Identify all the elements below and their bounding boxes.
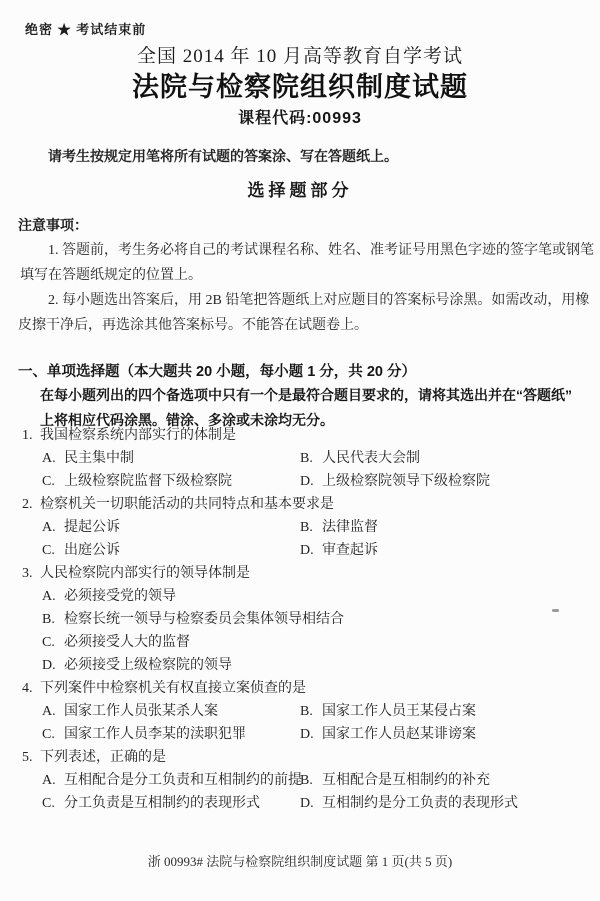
- question-5-stem: 5.下列表述，正确的是: [22, 746, 590, 769]
- question-number: 2.: [22, 493, 40, 516]
- question-5-options: A.互相配合是分工负责和互相制约的前提 B.互相配合是互相制约的补充 C.分工负…: [42, 769, 590, 815]
- question-4-options: A.国家工作人员张某杀人案 B.国家工作人员王某侵占案 C.国家工作人员李某的渎…: [42, 700, 590, 746]
- answer-sheet-notice: 请考生按规定用笔将所有试题的答案涂、写在答题纸上。: [48, 146, 398, 166]
- option-d: D.审查起诉: [300, 539, 590, 562]
- option-d: D.互相制约是分工负责的表现形式: [300, 792, 590, 815]
- question-5: 5.下列表述，正确的是 A.互相配合是分工负责和互相制约的前提 B.互相配合是互…: [22, 746, 590, 815]
- option-text: 必须接受人大的监督: [64, 635, 190, 650]
- option-text: 互相配合是互相制约的补充: [322, 773, 490, 788]
- option-text: 审查起诉: [322, 543, 378, 558]
- question-3-stem: 3.人民检察院内部实行的领导体制是: [22, 562, 590, 585]
- option-label: B.: [300, 700, 322, 723]
- option-b: B.法律监督: [300, 516, 590, 539]
- option-text: 法律监督: [322, 520, 378, 535]
- exam-paper-page: 绝密 ★ 考试结束前 全国 2014 年 10 月高等教育自学考试 法院与检察院…: [0, 0, 600, 901]
- option-label: C.: [42, 631, 64, 654]
- option-text: 分工负责是互相制约的表现形式: [64, 796, 260, 811]
- question-stem-text: 检察机关一切职能活动的共同特点和基本要求是: [40, 497, 334, 512]
- option-text: 必须接受上级检察院的领导: [64, 658, 232, 673]
- note-1-line-1: 1. 答题前，考生务必将自己的考试课程名称、姓名、准考证号用黑色字迹的签字笔或钢…: [48, 239, 594, 259]
- question-1-stem: 1.我国检察系统内部实行的体制是: [22, 424, 590, 447]
- question-3-options: A.必须接受党的领导 B.检察长统一领导与检察委员会集体领导相结合 C.必须接受…: [42, 585, 590, 677]
- question-1-options: A.民主集中制 B.人民代表大会制 C.上级检察院监督下级检察院 D.上级检察院…: [42, 447, 590, 493]
- question-number: 3.: [22, 562, 40, 585]
- option-text: 互相配合是分工负责和互相制约的前提: [64, 773, 302, 788]
- option-c: C.分工负责是互相制约的表现形式: [42, 792, 300, 815]
- option-text: 必须接受党的领导: [64, 589, 176, 604]
- option-label: D.: [42, 654, 64, 677]
- question-list: 1.我国检察系统内部实行的体制是 A.民主集中制 B.人民代表大会制 C.上级检…: [22, 424, 590, 815]
- option-c: C.必须接受人大的监督: [42, 631, 590, 654]
- question-stem-text: 我国检察系统内部实行的体制是: [40, 428, 236, 443]
- option-label: D.: [300, 470, 322, 493]
- option-d: D.国家工作人员赵某诽谤案: [300, 723, 590, 746]
- question-number: 4.: [22, 677, 40, 700]
- question-1: 1.我国检察系统内部实行的体制是 A.民主集中制 B.人民代表大会制 C.上级检…: [22, 424, 590, 493]
- option-text: 民主集中制: [64, 451, 134, 466]
- scan-speck-artifact: [552, 609, 559, 612]
- option-label: C.: [42, 723, 64, 746]
- option-d: D.必须接受上级检察院的领导: [42, 654, 590, 677]
- option-text: 检察长统一领导与检察委员会集体领导相结合: [64, 612, 344, 627]
- question-3: 3.人民检察院内部实行的领导体制是 A.必须接受党的领导 B.检察长统一领导与检…: [22, 562, 590, 677]
- question-stem-text: 下列表述，正确的是: [40, 750, 166, 765]
- option-label: D.: [300, 539, 322, 562]
- option-label: C.: [42, 539, 64, 562]
- option-c: C.出庭公诉: [42, 539, 300, 562]
- option-b: B.国家工作人员王某侵占案: [300, 700, 590, 723]
- option-label: A.: [42, 447, 64, 470]
- option-label: B.: [300, 769, 322, 792]
- option-label: A.: [42, 585, 64, 608]
- option-text: 国家工作人员王某侵占案: [322, 704, 476, 719]
- question-stem-text: 人民检察院内部实行的领导体制是: [40, 566, 250, 581]
- option-c: C.上级检察院监督下级检察院: [42, 470, 300, 493]
- option-d: D.上级检察院领导下级检察院: [300, 470, 590, 493]
- note-2-line-1: 2. 每小题选出答案后，用 2B 铅笔把答题纸上对应题目的答案标号涂黑。如需改动…: [48, 289, 589, 309]
- note-2-line-2: 皮擦干净后，再选涂其他答案标号。不能答在试题卷上。: [18, 314, 368, 334]
- exam-session-title: 全国 2014 年 10 月高等教育自学考试: [0, 41, 600, 68]
- option-a: A.必须接受党的领导: [42, 585, 590, 608]
- option-text: 国家工作人员赵某诽谤案: [322, 727, 476, 742]
- option-a: A.国家工作人员张某杀人案: [42, 700, 300, 723]
- option-a: A.民主集中制: [42, 447, 300, 470]
- option-text: 国家工作人员张某杀人案: [64, 704, 218, 719]
- option-text: 互相制约是分工负责的表现形式: [322, 796, 518, 811]
- question-2-options: A.提起公诉 B.法律监督 C.出庭公诉 D.审查起诉: [42, 516, 590, 562]
- option-b: B.人民代表大会制: [300, 447, 590, 470]
- option-text: 国家工作人员李某的渎职犯罪: [64, 727, 246, 742]
- question-2: 2.检察机关一切职能活动的共同特点和基本要求是 A.提起公诉 B.法律监督 C.…: [22, 493, 590, 562]
- option-label: D.: [300, 792, 322, 815]
- paper-title: 法院与检察院组织制度试题: [0, 65, 600, 104]
- option-b: B.互相配合是互相制约的补充: [300, 769, 590, 792]
- part-one-heading: 一、单项选择题（本大题共 20 小题，每小题 1 分，共 20 分）: [18, 360, 416, 381]
- question-4-stem: 4.下列案件中检察机关有权直接立案侦查的是: [22, 677, 590, 700]
- option-label: A.: [42, 769, 64, 792]
- part-one-instruction-line-1: 在每小题列出的四个备选项中只有一个是最符合题目要求的，请将其选出并在“答题纸”: [40, 385, 572, 405]
- section-title: 选择题部分: [0, 176, 600, 201]
- option-c: C.国家工作人员李某的渎职犯罪: [42, 723, 300, 746]
- option-text: 提起公诉: [64, 520, 120, 535]
- option-label: D.: [300, 723, 322, 746]
- course-code: 课程代码:00993: [0, 105, 600, 128]
- question-stem-text: 下列案件中检察机关有权直接立案侦查的是: [40, 681, 306, 696]
- option-label: B.: [42, 608, 64, 631]
- option-label: B.: [300, 447, 322, 470]
- option-label: C.: [42, 792, 64, 815]
- question-4: 4.下列案件中检察机关有权直接立案侦查的是 A.国家工作人员张某杀人案 B.国家…: [22, 677, 590, 746]
- security-classification-label: 绝密 ★ 考试结束前: [25, 19, 146, 38]
- option-a: A.互相配合是分工负责和互相制约的前提: [42, 769, 300, 792]
- option-label: A.: [42, 700, 64, 723]
- option-text: 人民代表大会制: [322, 451, 420, 466]
- option-text: 上级检察院领导下级检察院: [322, 474, 490, 489]
- option-text: 出庭公诉: [64, 543, 120, 558]
- question-number: 1.: [22, 424, 40, 447]
- option-label: C.: [42, 470, 64, 493]
- question-number: 5.: [22, 746, 40, 769]
- option-b: B.检察长统一领导与检察委员会集体领导相结合: [42, 608, 590, 631]
- notes-heading: 注意事项：: [18, 215, 88, 235]
- option-text: 上级检察院监督下级检察院: [64, 474, 232, 489]
- page-footer: 浙 00993# 法院与检察院组织制度试题 第 1 页(共 5 页): [0, 851, 600, 870]
- question-2-stem: 2.检察机关一切职能活动的共同特点和基本要求是: [22, 493, 590, 516]
- note-1-line-2: 填写在答题纸规定的位置上。: [20, 264, 202, 284]
- option-label: B.: [300, 516, 322, 539]
- option-label: A.: [42, 516, 64, 539]
- option-a: A.提起公诉: [42, 516, 300, 539]
